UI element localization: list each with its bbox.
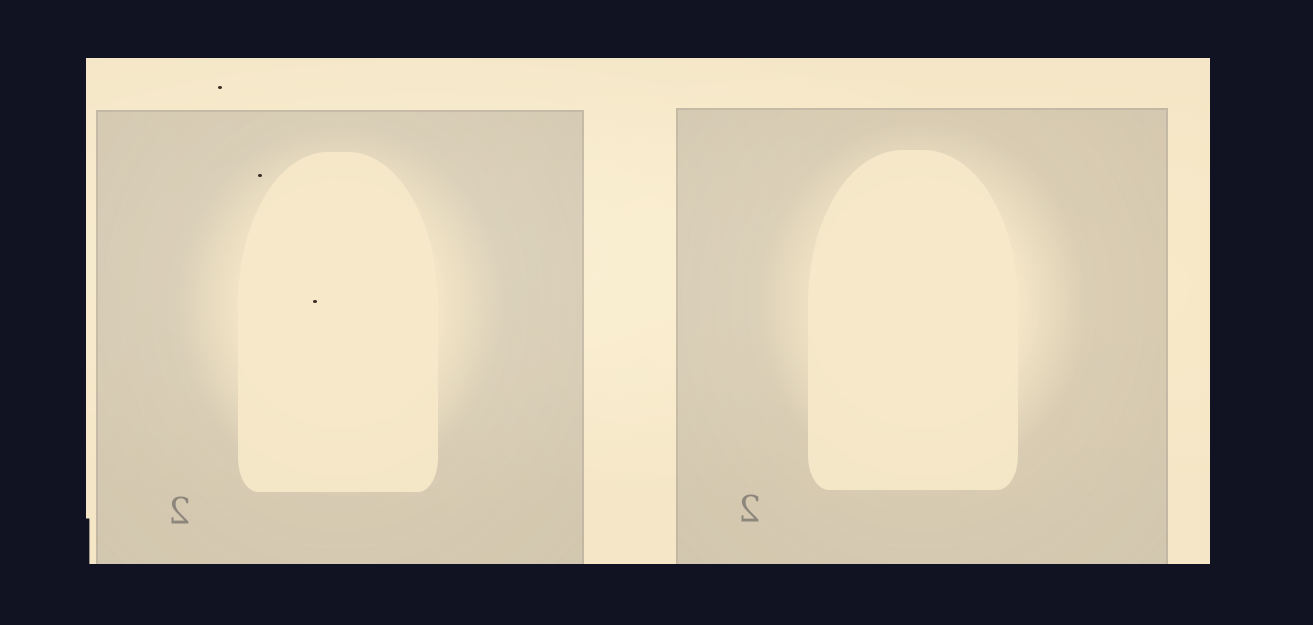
value-numeral: 2 (738, 490, 761, 531)
portrait-showthrough (238, 152, 438, 492)
stamp-right-back: 2 (676, 108, 1168, 574)
stamp-pair-paper: 2 2 (86, 58, 1210, 564)
value-numeral: 2 (168, 492, 191, 533)
stamp-left-back: 2 (96, 110, 584, 574)
paper-speck (218, 86, 222, 89)
portrait-showthrough (808, 150, 1018, 490)
paper-speck (258, 174, 262, 177)
paper-speck (313, 300, 317, 303)
